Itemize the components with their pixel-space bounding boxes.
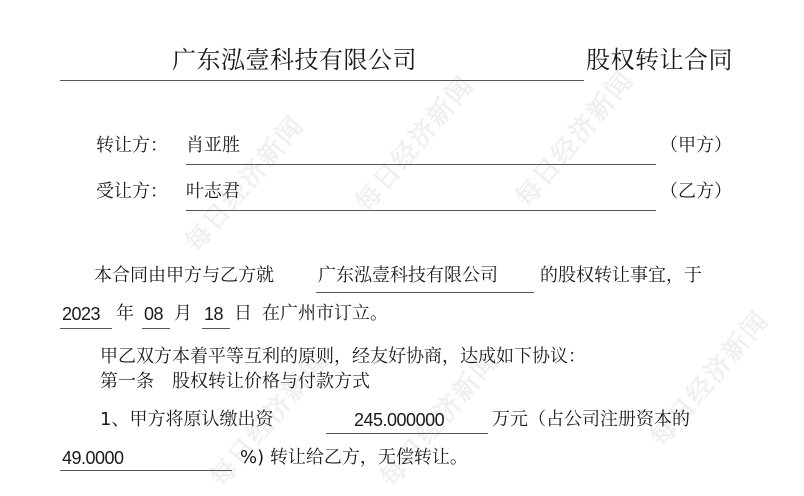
transferee-label: 受让方： xyxy=(96,180,168,204)
contribution-amount-field: 245.000000 xyxy=(354,408,444,432)
transferee-name-field: 叶志君 xyxy=(186,180,240,204)
clause-1-prefix: 1、甲方将原认缴出资 xyxy=(100,408,273,432)
transferor-label: 转让方： xyxy=(96,134,168,158)
title-company: 广东泓壹科技有限公司 xyxy=(172,46,417,74)
date-day-underline xyxy=(202,328,230,329)
date-year-unit: 年 xyxy=(116,302,134,326)
intro-company-underline xyxy=(316,292,534,293)
clause-1-amount-unit: 万元（占公司注册资本的 xyxy=(492,408,690,432)
transferee-role: （乙方） xyxy=(660,180,732,204)
transferor-name-field: 肖亚胜 xyxy=(186,134,240,158)
intro-company-field: 广东泓壹科技有限公司 xyxy=(318,264,498,288)
watermark: 每日经济新闻 xyxy=(505,61,641,213)
transferee-underline xyxy=(186,210,656,211)
share-percent-underline xyxy=(60,470,232,471)
contract-page: 每日经济新闻 每日经济新闻 每日经济新闻 每日经济新闻 每日经济新闻 每日经济新… xyxy=(0,0,804,496)
date-year-field: 2023 xyxy=(62,302,100,326)
date-day-field: 18 xyxy=(204,302,223,326)
contribution-amount-underline xyxy=(326,433,488,434)
transferor-underline xyxy=(186,164,656,165)
intro-prefix: 本合同由甲方与乙方就 xyxy=(94,264,274,288)
title-suffix: 股权转让合同 xyxy=(586,46,733,74)
agreement-statement: 甲乙双方本着平等互利的原则，经友好协商，达成如下协议： xyxy=(100,345,586,369)
intro-suffix: 的股权转让事宜，于 xyxy=(540,264,702,288)
watermark: 每日经济新闻 xyxy=(345,66,481,218)
date-month-unit: 月 xyxy=(174,302,192,326)
article-1-title: 第一条 股权转让价格与付款方式 xyxy=(100,370,370,394)
title-underline xyxy=(60,80,584,81)
date-year-underline xyxy=(60,328,112,329)
signing-place: 在广州市订立。 xyxy=(262,302,388,326)
transferor-role: （甲方） xyxy=(660,134,732,158)
share-percent-field: 49.0000 xyxy=(62,446,124,470)
clause-1-suffix: %) 转让给乙方，无偿转让。 xyxy=(240,446,468,470)
date-month-field: 08 xyxy=(144,302,163,326)
date-month-underline xyxy=(142,328,170,329)
date-day-unit: 日 xyxy=(234,302,252,326)
